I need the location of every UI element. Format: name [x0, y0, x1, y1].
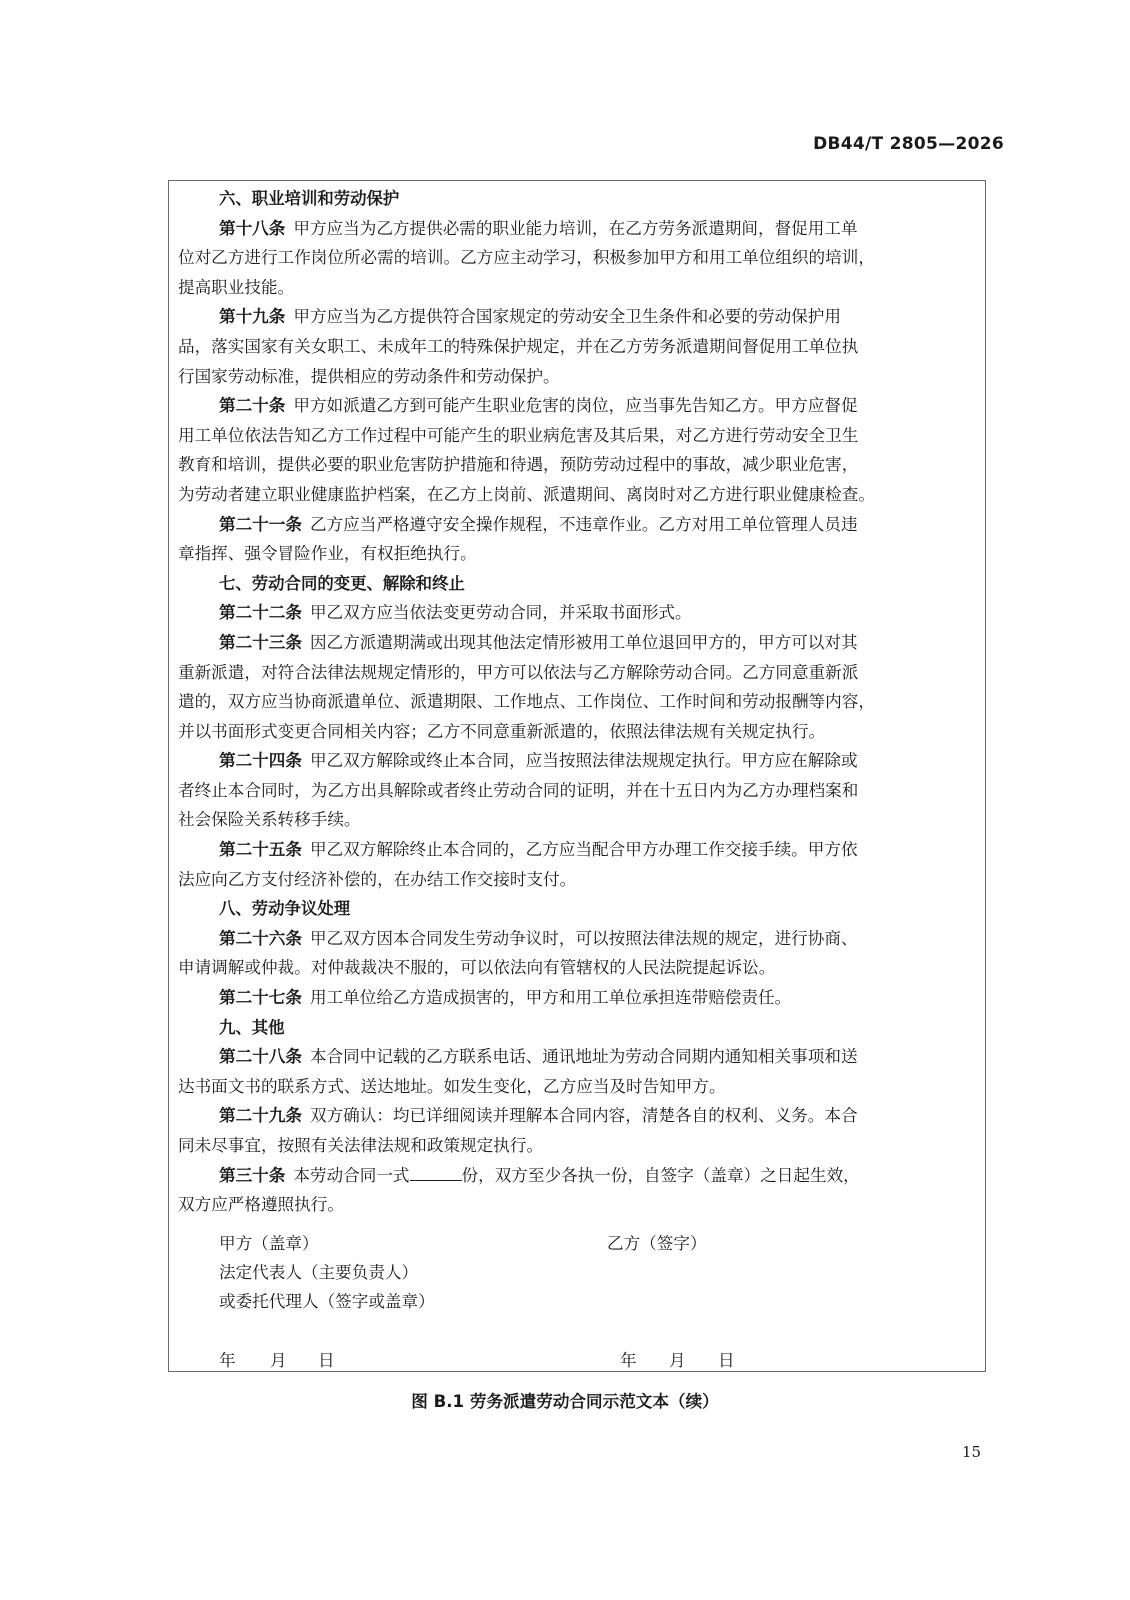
party-a-date-month: 月: [270, 1347, 287, 1371]
article-29: 第二十九条双方确认：均已详细阅读并理解本合同内容，清楚各自的权利、义务。本合: [178, 1101, 978, 1131]
party-b-date-month: 月: [669, 1347, 686, 1371]
text-line: 为劳动者建立职业健康监护档案，在乙方上岗前、派遣期间、离岗时对乙方进行职业健康检…: [178, 480, 978, 510]
section-heading: 六、职业培训和劳动保护: [178, 184, 978, 214]
figure-caption: 图 B.1 劳务派遣劳动合同示范文本（续）: [0, 1388, 1130, 1412]
party-a-date-year: 年: [219, 1347, 236, 1371]
article-26: 第二十六条甲乙双方因本合同发生劳动争议时，可以按照法律法规的规定，进行协商、: [178, 924, 978, 954]
standard-code: DB44/T 2805—2026: [800, 134, 1004, 154]
text-line: 者终止本合同时，为乙方出具解除或者终止劳动合同的证明，并在十五日内为乙方办理档案…: [178, 776, 978, 806]
article-23: 第二十三条因乙方派遣期满或出现其他法定情形被用工单位退回甲方的，甲方可以对其: [178, 628, 978, 658]
text-line: 位对乙方进行工作岗位所必需的培训。乙方应主动学习，积极参加甲方和用工单位组织的培…: [178, 243, 978, 273]
article-20: 第二十条甲方如派遣乙方到可能产生职业危害的岗位，应当事先告知乙方。甲方应督促: [178, 391, 978, 421]
party-a-representative-label: 法定代表人（主要负责人）: [219, 1259, 418, 1283]
article-19: 第十九条甲方应当为乙方提供符合国家规定的劳动安全卫生条件和必要的劳动保护用: [178, 302, 978, 332]
party-a-agent-label: 或委托代理人（签字或盖章）: [219, 1288, 435, 1312]
copies-blank-field[interactable]: [410, 1162, 462, 1181]
text-line: 教育和培训，提供必要的职业危害防护措施和待遇，预防劳动过程中的事故，减少职业危害…: [178, 450, 978, 480]
text-line: 社会保险关系转移手续。: [178, 805, 978, 835]
article-22: 第二十二条甲乙双方应当依法变更劳动合同，并采取书面形式。: [178, 598, 978, 628]
text-line: 法应向乙方支付经济补偿的，在办结工作交接时支付。: [178, 865, 978, 895]
text-line: 品，落实国家有关女职工、未成年工的特殊保护规定，并在乙方劳务派遣期间督促用工单位…: [178, 332, 978, 362]
text-line: 遣的，双方应当协商派遣单位、派遣期限、工作地点、工作岗位、工作时间和劳动报酬等内…: [178, 687, 978, 717]
text-line: 并以书面形式变更合同相关内容；乙方不同意重新派遣的，依照法律法规有关规定执行。: [178, 717, 978, 747]
text-line: 章指挥、强令冒险作业，有权拒绝执行。: [178, 539, 978, 569]
party-b-date-day: 日: [718, 1347, 735, 1371]
party-b-signature-label: 乙方（签字）: [607, 1230, 707, 1254]
text-line: 重新派遣，对符合法律法规规定情形的，甲方可以依法与乙方解除劳动合同。乙方同意重新…: [178, 658, 978, 688]
article-27: 第二十七条用工单位给乙方造成损害的，甲方和用工单位承担连带赔偿责任。: [178, 983, 978, 1013]
text-line: 达书面文书的联系方式、送达地址。如发生变化，乙方应当及时告知甲方。: [178, 1072, 978, 1102]
text-line: 同未尽事宜，按照有关法律法规和政策规定执行。: [178, 1131, 978, 1161]
party-a-seal-label: 甲方（盖章）: [219, 1230, 319, 1254]
text-line: 双方应严格遵照执行。: [178, 1190, 978, 1220]
article-21: 第二十一条乙方应当严格遵守安全操作规程，不违章作业。乙方对用工单位管理人员违: [178, 510, 978, 540]
section-heading: 七、劳动合同的变更、解除和终止: [178, 569, 978, 599]
section-heading: 九、其他: [178, 1013, 978, 1043]
page-number: 15: [962, 1443, 981, 1461]
article-25: 第二十五条甲乙双方解除终止本合同的，乙方应当配合甲方办理工作交接手续。甲方依: [178, 835, 978, 865]
contract-body: 六、职业培训和劳动保护 第十八条甲方应当为乙方提供必需的职业能力培训，在乙方劳务…: [178, 184, 978, 1220]
party-a-date-day: 日: [318, 1347, 335, 1371]
text-line: 行国家劳动标准，提供相应的劳动条件和劳动保护。: [178, 362, 978, 392]
text-line: 用工单位依法告知乙方工作过程中可能产生的职业病危害及其后果，对乙方进行劳动安全卫…: [178, 421, 978, 451]
section-heading: 八、劳动争议处理: [178, 894, 978, 924]
article-30: 第三十条本劳动合同一式份，双方至少各执一份，自签字（盖章）之日起生效，: [178, 1161, 978, 1191]
text-line: 申请调解或仲裁。对仲裁裁决不服的，可以依法向有管辖权的人民法院提起诉讼。: [178, 953, 978, 983]
article-18: 第十八条甲方应当为乙方提供必需的职业能力培训，在乙方劳务派遣期间，督促用工单: [178, 214, 978, 244]
article-24: 第二十四条甲乙双方解除或终止本合同，应当按照法律法规规定执行。甲方应在解除或: [178, 746, 978, 776]
article-28: 第二十八条本合同中记载的乙方联系电话、通讯地址为劳动合同期内通知相关事项和送: [178, 1042, 978, 1072]
text-line: 提高职业技能。: [178, 273, 978, 303]
party-b-date-year: 年: [620, 1347, 637, 1371]
